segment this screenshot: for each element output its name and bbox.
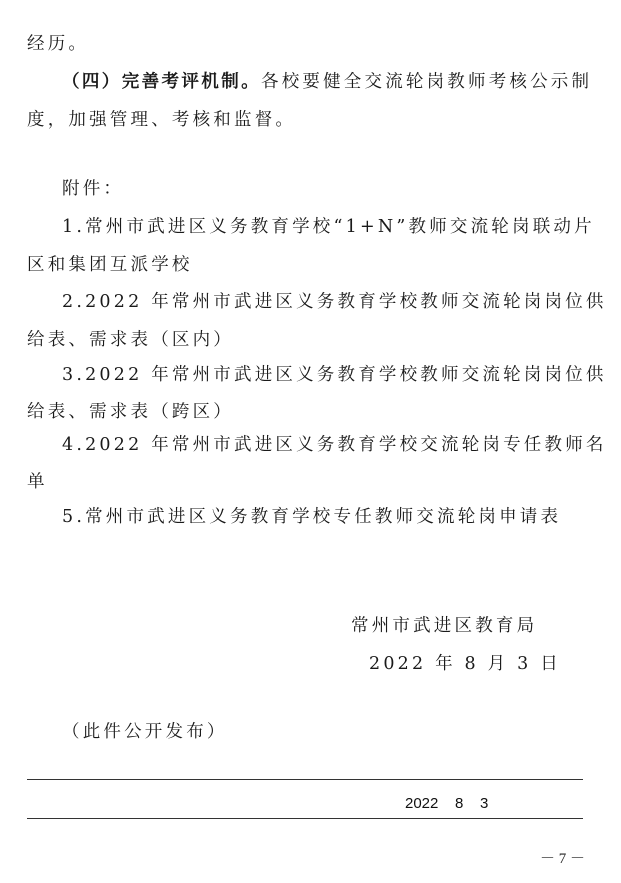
section-4-text: 各校要健全交流轮岗教师考核公示制 <box>261 72 592 92</box>
attachment-3-line-2: 给表、需求表（跨区） <box>27 400 587 424</box>
attachments-label: 附件： <box>62 177 621 201</box>
issue-date: 2022 年 8 月 3 日 <box>369 650 561 675</box>
page-number: － 7 － <box>540 847 585 868</box>
footer-bottom-rule <box>27 818 583 819</box>
attachment-2-line-1: 2.2022 年常州市武进区义务教育学校教师交流轮岗岗位供 <box>62 290 621 314</box>
footer-top-rule <box>27 779 583 780</box>
attachment-5-line-1: 5.常州市武进区义务教育学校专任教师交流轮岗申请表 <box>62 505 621 529</box>
publication-note: （此件公开发布） <box>62 720 621 744</box>
attachment-1-line-2: 区和集团互派学校 <box>27 253 587 277</box>
attachment-1-line-1: 1.常州市武进区义务教育学校“1+N”教师交流轮岗联动片 <box>62 215 621 239</box>
attachment-4-line-1: 4.2022 年常州市武进区义务教育学校交流轮岗专任教师名 <box>62 433 621 457</box>
section-4-line-2: 度，加强管理、考核和监督。 <box>27 108 587 132</box>
paragraph-continuation: 经历。 <box>27 32 587 56</box>
section-4-line-1: （四）完善考评机制。各校要健全交流轮岗教师考核公示制 <box>62 70 621 94</box>
attachment-3-line-1: 3.2022 年常州市武进区义务教育学校教师交流轮岗岗位供 <box>62 363 621 387</box>
issuer-name: 常州市武进区教育局 <box>351 612 537 637</box>
attachment-2-line-2: 给表、需求表（区内） <box>27 328 587 352</box>
attachment-4-line-2: 单 <box>27 470 587 494</box>
footer-print-date: 2022 8 3 <box>405 795 488 812</box>
section-4-heading: （四）完善考评机制。 <box>62 72 261 92</box>
